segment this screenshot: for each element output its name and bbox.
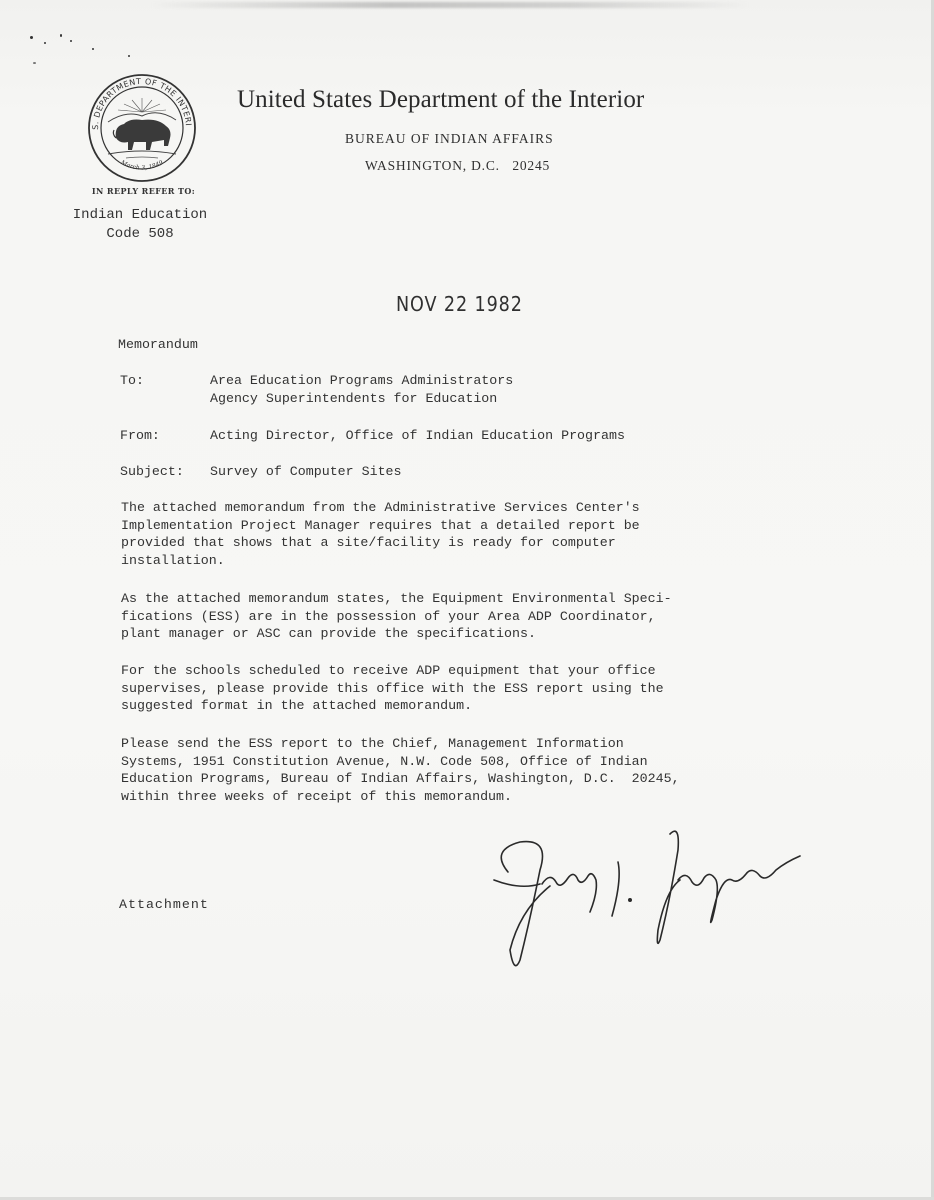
date-stamp: NOV 22 1982 bbox=[396, 292, 523, 316]
scan-smudge bbox=[150, 2, 750, 8]
scan-speck bbox=[30, 36, 33, 39]
body-paragraph-4: Please send the ESS report to the Chief,… bbox=[121, 735, 761, 805]
subject-label: Subject: bbox=[120, 463, 184, 481]
scan-speck bbox=[128, 55, 130, 57]
reply-reference-line-2: Code 508 bbox=[60, 225, 220, 244]
scan-speck bbox=[92, 48, 94, 50]
memo-type: Memorandum bbox=[118, 336, 198, 354]
svg-text:March 3, 1849: March 3, 1849 bbox=[119, 159, 165, 172]
scanned-memo-page: U.S. DEPARTMENT OF THE INTERIOR March 3,… bbox=[0, 0, 934, 1200]
scan-speck bbox=[44, 42, 46, 44]
to-label: To: bbox=[120, 372, 144, 390]
body-paragraph-3: For the schools scheduled to receive ADP… bbox=[121, 662, 761, 715]
department-of-interior-seal-icon: U.S. DEPARTMENT OF THE INTERIOR March 3,… bbox=[86, 72, 198, 184]
from-label: From: bbox=[120, 427, 160, 445]
from-sender: Acting Director, Office of Indian Educat… bbox=[210, 427, 625, 445]
body-paragraph-2: As the attached memorandum states, the E… bbox=[121, 590, 761, 643]
to-recipient-2: Agency Superintendents for Education bbox=[210, 390, 497, 408]
attachment-note: Attachment bbox=[119, 896, 209, 914]
signature-icon bbox=[480, 820, 810, 980]
letterhead-bureau: BUREAU OF INDIAN AFFAIRS bbox=[345, 131, 554, 147]
to-recipient-1: Area Education Programs Administrators bbox=[210, 372, 513, 390]
letterhead-department: United States Department of the Interior bbox=[237, 86, 644, 114]
reply-refer-label: IN REPLY REFER TO: bbox=[86, 186, 201, 196]
reply-reference-line-1: Indian Education bbox=[60, 206, 220, 225]
body-paragraph-1: The attached memorandum from the Adminis… bbox=[121, 499, 761, 569]
scan-speck bbox=[60, 34, 62, 37]
letterhead-city: WASHINGTON, D.C. 20245 bbox=[365, 158, 550, 174]
scan-speck bbox=[33, 62, 36, 64]
subject-text: Survey of Computer Sites bbox=[210, 463, 402, 481]
scan-speck bbox=[70, 40, 72, 42]
reply-reference: Indian Education Code 508 bbox=[60, 206, 220, 244]
